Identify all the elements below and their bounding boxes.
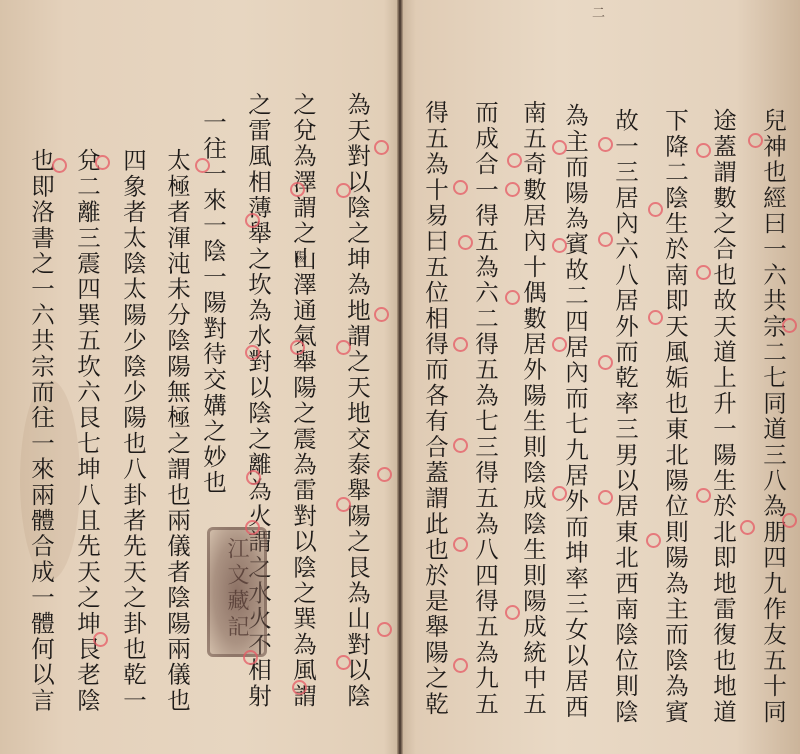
punctuation-circle <box>458 235 473 250</box>
punctuation-circle <box>507 153 522 168</box>
punctuation-circle <box>95 155 110 170</box>
collector-seal: 江文藏記 <box>207 527 267 657</box>
right-page: 二 兒神也經曰一六共宗二七同道三八為朋四九作友五十同 途蓋謂數之合也故天道上升一… <box>402 0 800 754</box>
right-column-6: 南五奇數居內十偶數居外陽生則陰成陰生則陽成統中五 <box>516 100 550 717</box>
punctuation-circle <box>552 486 567 501</box>
right-column-7: 而成合一得五為六二得五為七三得五為八四得五為九五 <box>468 100 502 717</box>
punctuation-circle <box>552 238 567 253</box>
right-column-1: 兒神也經曰一六共宗二七同道三八為朋四九作友五十同 <box>756 108 790 725</box>
right-column-3: 下降二陰生於南即天風姤也東北陽位則陽為主而陰為賓 <box>658 108 692 725</box>
punctuation-circle <box>374 307 389 322</box>
punctuation-circle <box>245 520 260 535</box>
left-column-6: 四象者太陰太陽少陰少陽也八卦者先天之卦也乾一 <box>116 148 150 713</box>
punctuation-circle <box>93 632 108 647</box>
punctuation-circle <box>453 337 468 352</box>
right-column-8: 得五為十易曰五位相得而各有合蓋謂此也於是舉陽之乾 <box>418 100 452 717</box>
punctuation-circle <box>453 658 468 673</box>
punctuation-circle <box>336 340 351 355</box>
punctuation-circle <box>696 265 711 280</box>
punctuation-circle <box>245 345 260 360</box>
left-column-5: 太極者渾沌未分陰陽無極之謂也兩儀者陰陽兩儀也 <box>160 148 194 713</box>
punctuation-circle <box>292 680 307 695</box>
punctuation-circle <box>552 140 567 155</box>
punctuation-circle <box>377 622 392 637</box>
punctuation-circle <box>505 605 520 620</box>
page-mark: 二 <box>592 2 605 21</box>
punctuation-circle <box>552 337 567 352</box>
punctuation-circle <box>598 137 613 152</box>
punctuation-circle <box>453 537 468 552</box>
punctuation-circle <box>195 158 210 173</box>
punctuation-circle <box>246 470 261 485</box>
punctuation-circle <box>453 438 468 453</box>
punctuation-circle <box>374 140 389 155</box>
left-page: 為天對以陰之坤為地謂之天地交泰舉陽之艮為山對以陰 之兌為澤謂之山澤通氣舉陽之震為… <box>0 0 398 754</box>
punctuation-circle <box>505 182 520 197</box>
punctuation-circle <box>646 533 661 548</box>
punctuation-circle <box>377 467 392 482</box>
punctuation-circle <box>245 213 260 228</box>
punctuation-circle <box>696 143 711 158</box>
punctuation-circle <box>336 655 351 670</box>
punctuation-circle <box>648 202 663 217</box>
punctuation-circle <box>243 650 258 665</box>
left-column-7: 兌二離三震四巽五坎六艮七坤八且先天之坤艮老陰 <box>70 148 104 713</box>
punctuation-circle <box>740 520 755 535</box>
punctuation-circle <box>290 340 305 355</box>
left-column-8: 也即洛書之一六共宗而往一來兩體合成一體何以言 <box>24 148 58 713</box>
punctuation-circle <box>748 133 763 148</box>
punctuation-circle <box>598 355 613 370</box>
punctuation-circle <box>782 513 797 528</box>
interlinear-note: 陽 <box>289 250 308 263</box>
punctuation-circle <box>52 158 67 173</box>
punctuation-circle <box>598 232 613 247</box>
punctuation-circle <box>336 183 351 198</box>
punctuation-circle <box>336 497 351 512</box>
right-column-4: 故一三居內六八居外而乾率三男以居東北西南陰位則陰 <box>608 108 642 725</box>
punctuation-circle <box>782 318 797 333</box>
seal-text: 江文藏記 <box>217 537 255 641</box>
right-column-5: 為主而陽為賓故二四居內而七九居外而坤率三女以居西 <box>558 103 592 720</box>
manuscript-spread: 為天對以陰之坤為地謂之天地交泰舉陽之艮為山對以陰 之兌為澤謂之山澤通氣舉陽之震為… <box>0 0 800 754</box>
punctuation-circle <box>505 290 520 305</box>
right-column-2: 途蓋謂數之合也故天道上升一陽生於北即地雷復也地道 <box>706 108 740 725</box>
punctuation-circle <box>598 490 613 505</box>
punctuation-circle <box>453 180 468 195</box>
punctuation-circle <box>648 310 663 325</box>
punctuation-circle <box>696 488 711 503</box>
punctuation-circle <box>290 182 305 197</box>
